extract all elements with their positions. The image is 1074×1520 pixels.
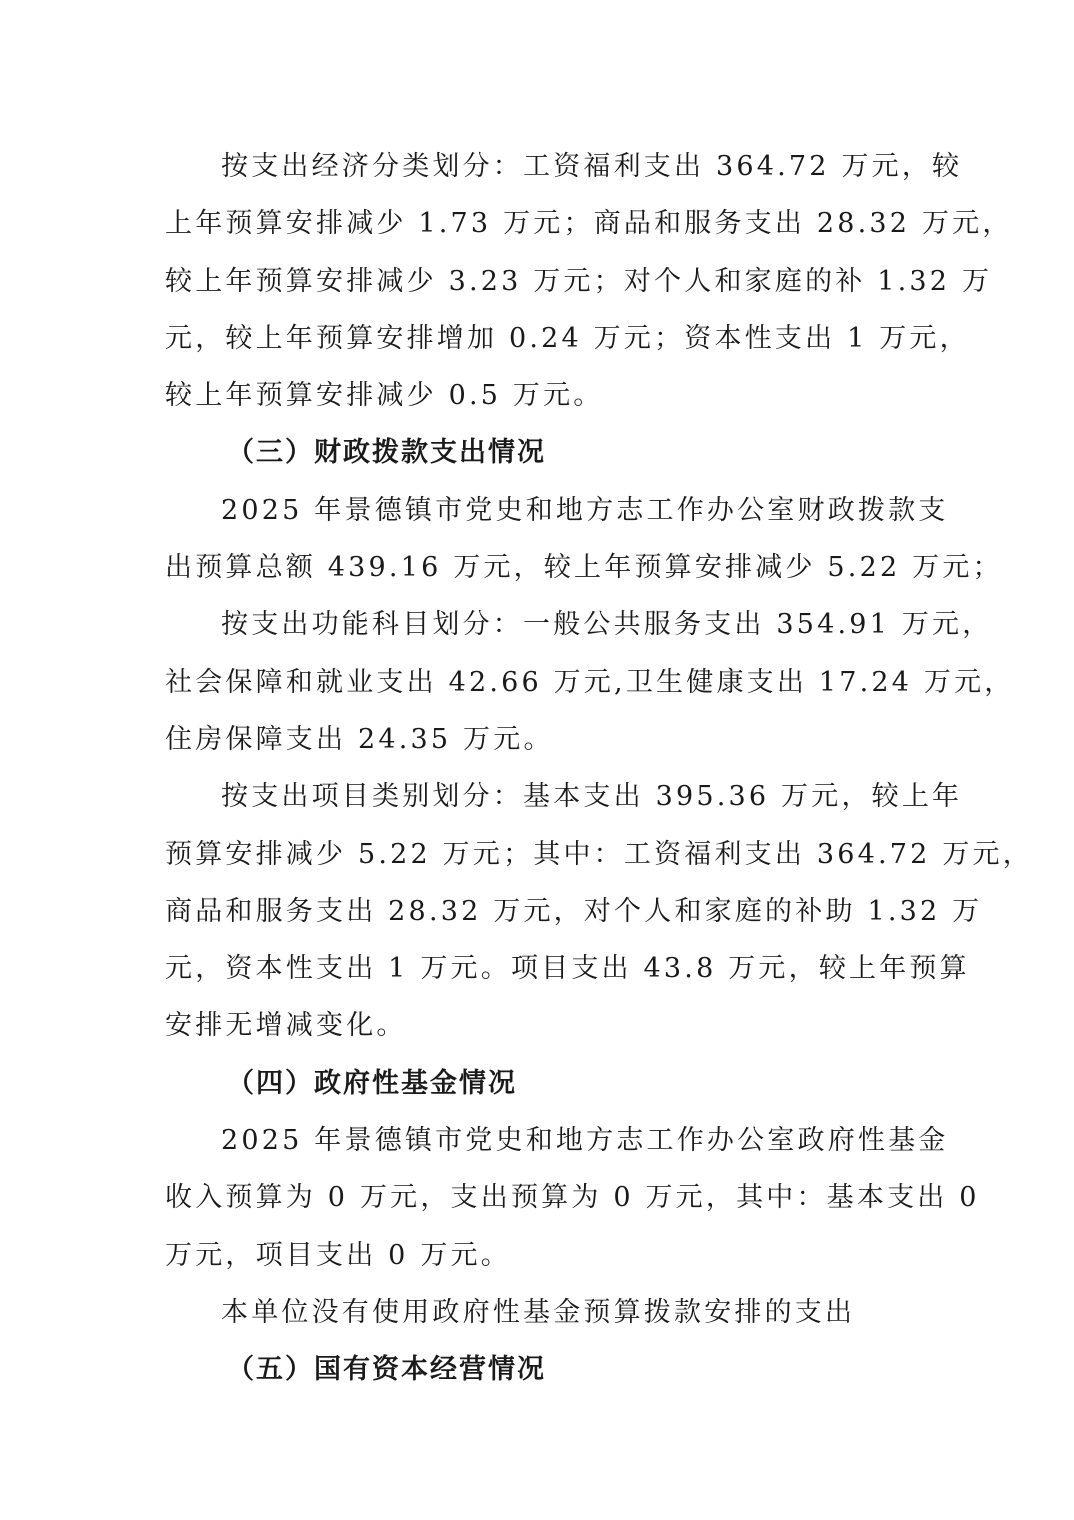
text-line: 上年预算安排减少 1.73 万元；商品和服务支出 28.32 万元， — [165, 195, 915, 252]
text-line: 商品和服务支出 28.32 万元，对个人和家庭的补助 1.32 万 — [165, 883, 915, 940]
text-line: 较上年预算安排减少 3.23 万元；对个人和家庭的补 1.32 万 — [165, 253, 915, 310]
section-4-heading: （四）政府性基金情况 — [165, 1055, 915, 1112]
fiscal-total-paragraph: 2025 年景德镇市党史和地方志工作办公室财政拨款支 出预算总额 439.16 … — [165, 482, 915, 597]
text-line: 安排无增减变化。 — [165, 997, 915, 1054]
section-5-heading: （五）国有资本经营情况 — [165, 1341, 915, 1398]
document-page: 按支出经济分类划分：工资福利支出 364.72 万元，较 上年预算安排减少 1.… — [165, 138, 915, 1399]
text-line: 2025 年景德镇市党史和地方志工作办公室政府性基金 — [165, 1112, 915, 1169]
text-line: 较上年预算安排减少 0.5 万元。 — [165, 367, 915, 424]
section-3-heading: （三）财政拨款支出情况 — [165, 424, 915, 481]
text-line: 社会保障和就业支出 42.66 万元,卫生健康支出 17.24 万元， — [165, 654, 915, 711]
text-line: 住房保障支出 24.35 万元。 — [165, 711, 915, 768]
text-line: 收入预算为 0 万元，支出预算为 0 万元，其中：基本支出 0 — [165, 1169, 915, 1226]
text-line: 出预算总额 439.16 万元，较上年预算安排减少 5.22 万元； — [165, 539, 915, 596]
text-line: 2025 年景德镇市党史和地方志工作办公室财政拨款支 — [165, 482, 915, 539]
no-fund-usage-paragraph: 本单位没有使用政府性基金预算拨款安排的支出 — [165, 1284, 915, 1341]
text-line: 按支出经济分类划分：工资福利支出 364.72 万元，较 — [165, 138, 915, 195]
project-category-paragraph: 按支出项目类别划分：基本支出 395.36 万元，较上年 预算安排减少 5.22… — [165, 768, 915, 1054]
text-line: 按支出功能科目划分：一般公共服务支出 354.91 万元， — [165, 596, 915, 653]
text-line: 元，资本性支出 1 万元。项目支出 43.8 万元，较上年预算 — [165, 940, 915, 997]
economic-classification-paragraph: 按支出经济分类划分：工资福利支出 364.72 万元，较 上年预算安排减少 1.… — [165, 138, 915, 424]
text-line: 按支出项目类别划分：基本支出 395.36 万元，较上年 — [165, 768, 915, 825]
government-fund-paragraph: 2025 年景德镇市党史和地方志工作办公室政府性基金 收入预算为 0 万元，支出… — [165, 1112, 915, 1284]
functional-classification-paragraph: 按支出功能科目划分：一般公共服务支出 354.91 万元， 社会保障和就业支出 … — [165, 596, 915, 768]
text-line: 万元，项目支出 0 万元。 — [165, 1227, 915, 1284]
text-line: 预算安排减少 5.22 万元；其中：工资福利支出 364.72 万元， — [165, 826, 915, 883]
text-line: 元，较上年预算安排增加 0.24 万元；资本性支出 1 万元， — [165, 310, 915, 367]
